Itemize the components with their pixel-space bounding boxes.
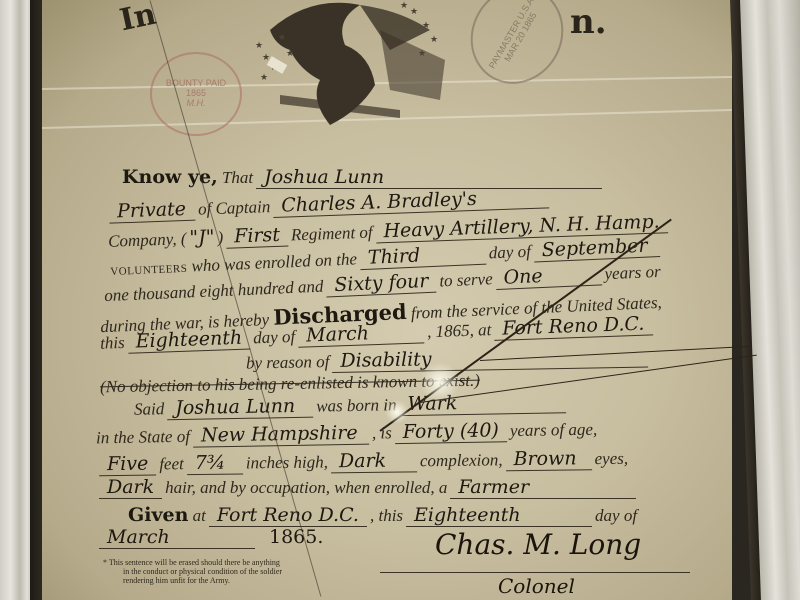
feet-label: feet <box>159 454 184 474</box>
said-label: Said <box>134 399 165 420</box>
is-label: , is <box>372 423 392 443</box>
svg-text:★: ★ <box>286 48 294 58</box>
certificate-line-15: March 1865. <box>96 528 334 549</box>
discharge-year: , 1865, at <box>427 320 492 342</box>
complexion-field: Dark <box>331 451 417 473</box>
svg-text:★: ★ <box>410 6 418 16</box>
years-or-label: years or <box>604 262 661 284</box>
given-day-field: Eighteenth <box>406 506 592 527</box>
bounty-paid-stamp: BOUNTY PAID 1865 M.H. <box>150 52 242 136</box>
certificate-line-1: Know ye, That Joshua Lunn <box>122 166 605 189</box>
this-label: this <box>100 333 125 354</box>
inches-label: inches high, <box>246 452 328 473</box>
rank-field: Private <box>109 200 196 224</box>
state-label: in the State of <box>96 427 190 449</box>
that-label: That <box>222 168 253 188</box>
hair-field: Dark <box>99 478 162 499</box>
given-day-of-label: day of <box>595 506 637 526</box>
state-field: New Hampshire <box>193 424 369 448</box>
given-at-label: at <box>193 506 206 526</box>
soldier-name-field: Joshua Lunn <box>256 168 602 189</box>
said-name-field: Joshua Lunn <box>167 397 313 420</box>
signature-line <box>380 572 690 573</box>
given-year: 1865. <box>261 528 331 548</box>
age-field: Forty (40) <box>395 421 507 444</box>
svg-text:★: ★ <box>255 40 263 50</box>
day-of-label: day of <box>488 242 531 264</box>
svg-text:★: ★ <box>278 32 286 42</box>
footnote-line: in the conduct or physical condition of … <box>103 567 282 576</box>
given-month-field: March <box>99 528 255 549</box>
discharge-day-field: Eighteenth <box>127 328 250 353</box>
svg-text:★: ★ <box>422 20 430 30</box>
stamp-initials: M.H. <box>187 99 206 109</box>
complexion-label: complexion, <box>420 450 503 471</box>
svg-text:★: ★ <box>418 48 426 58</box>
eagle-engraving-icon: ★★★ ★★★ ★★★ ★★ <box>250 0 450 130</box>
company-letter-field: "J" <box>189 228 215 249</box>
regiment-number-field: First <box>226 226 288 249</box>
certificate-line-14: Given at Fort Reno D.C. , this Eighteent… <box>128 504 637 527</box>
occupation-field: Farmer <box>450 478 636 499</box>
svg-text:★: ★ <box>262 52 270 62</box>
title-fragment-right: n. <box>570 2 607 42</box>
company-label: Company, ( <box>108 229 187 252</box>
svg-text:★: ★ <box>260 72 268 82</box>
colonel-signature: Chas. M. Long <box>435 528 641 561</box>
certificate-line-13: Dark hair, and by occupation, when enrol… <box>96 478 639 499</box>
footnote: * This sentence will be erased should th… <box>103 558 282 586</box>
day-of-label: day of <box>253 327 296 348</box>
light-glare <box>420 362 460 402</box>
to-serve-label: to serve <box>439 269 493 291</box>
given-this-label: , this <box>370 506 403 526</box>
svg-text:★: ★ <box>400 0 408 10</box>
volunteers-label: VOLUNTEERS <box>110 263 188 278</box>
eyes-field: Brown <box>505 449 591 471</box>
given-heading: Given <box>128 504 188 526</box>
footnote-line: * This sentence will be erased should th… <box>103 558 282 567</box>
regiment-label: Regiment of <box>291 223 373 246</box>
height-inches-field: 7¾ <box>187 453 243 475</box>
years-of-age-label: years of age, <box>510 420 598 442</box>
eyes-label: eyes, <box>594 449 628 469</box>
footnote-line: rendering him unfit for the Army. <box>103 576 282 585</box>
light-glare <box>385 400 409 424</box>
birthplace-field: Wark <box>399 392 565 416</box>
given-place-field: Fort Reno D.C. <box>209 506 367 527</box>
hair-occupation-label: hair, and by occupation, when enrolled, … <box>165 478 447 498</box>
by-reason-label: by reason of <box>246 352 330 373</box>
height-feet-field: Five <box>99 455 157 477</box>
discharge-month-field: March <box>298 322 425 347</box>
signature-title: Colonel <box>498 574 575 598</box>
svg-text:★: ★ <box>430 34 438 44</box>
